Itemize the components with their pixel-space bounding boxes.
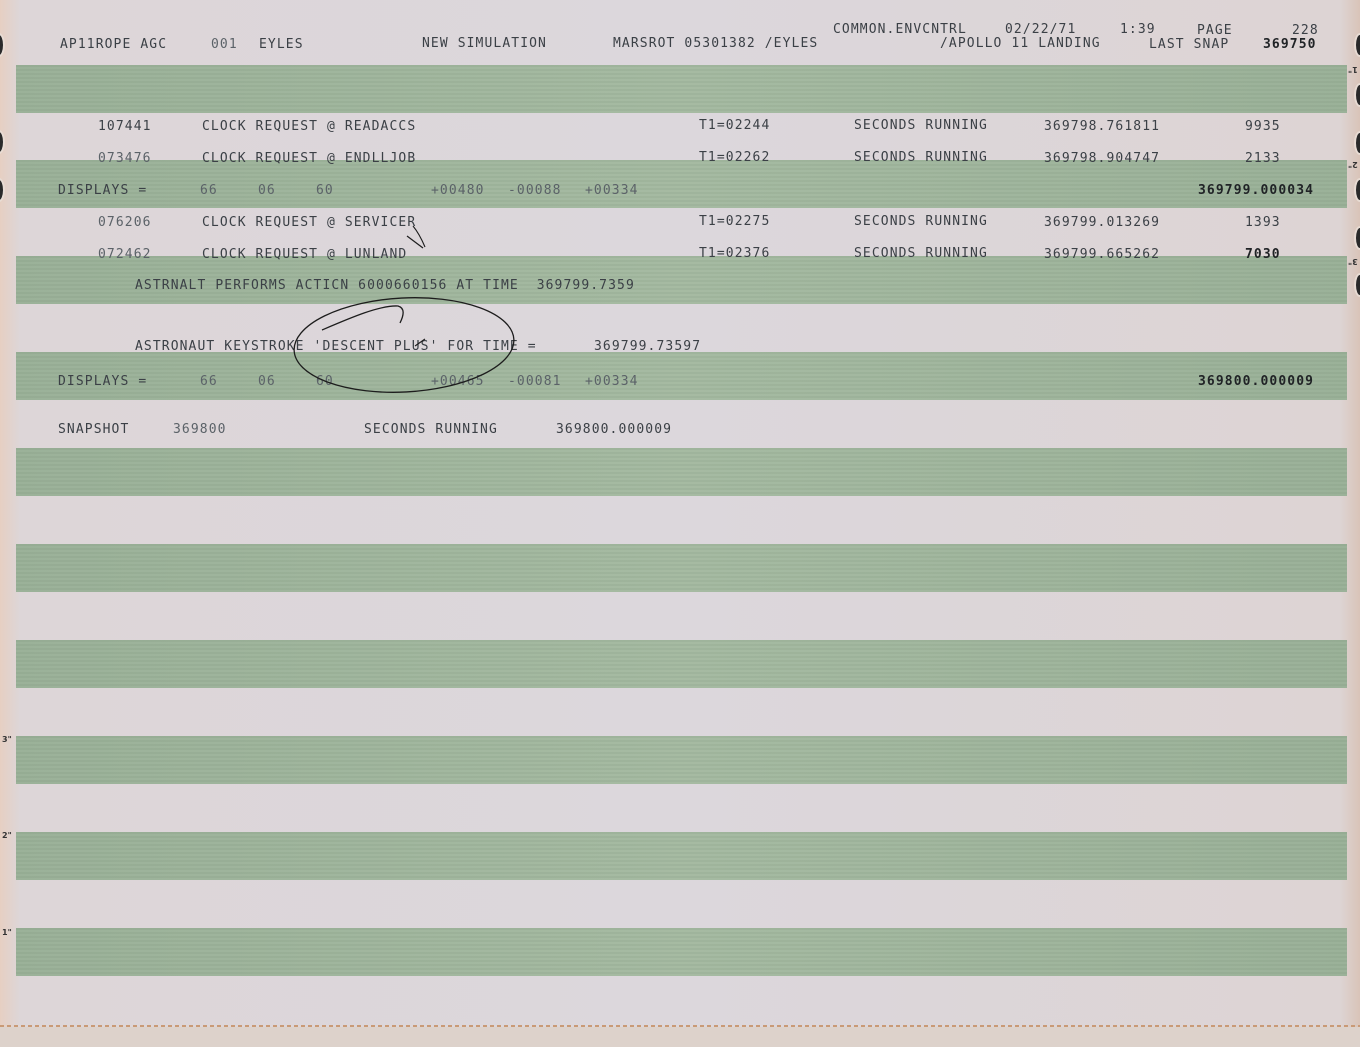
feed-hole-icon xyxy=(1356,133,1360,153)
ruler-mark-right: 2" xyxy=(1348,160,1358,169)
next-page-strip xyxy=(0,1027,1360,1047)
feed-hole-icon xyxy=(1356,275,1360,295)
printout-paper: AP11ROPE AGC 001 EYLES NEW SIMULATION MA… xyxy=(0,0,1360,1047)
ruler-mark-left: 2" xyxy=(2,831,12,840)
feed-hole-icon xyxy=(1356,228,1360,248)
feed-hole-icon xyxy=(1356,35,1360,55)
handwritten-circle-annotation xyxy=(0,0,1360,1047)
ruler-mark-left: 1" xyxy=(2,928,12,937)
feed-hole-icon xyxy=(1356,85,1360,105)
ruler-mark-right: 3" xyxy=(1348,257,1358,266)
feed-hole-icon xyxy=(1356,180,1360,200)
ruler-mark-left: 3" xyxy=(2,735,12,744)
ruler-mark-right: 1" xyxy=(1348,65,1358,74)
